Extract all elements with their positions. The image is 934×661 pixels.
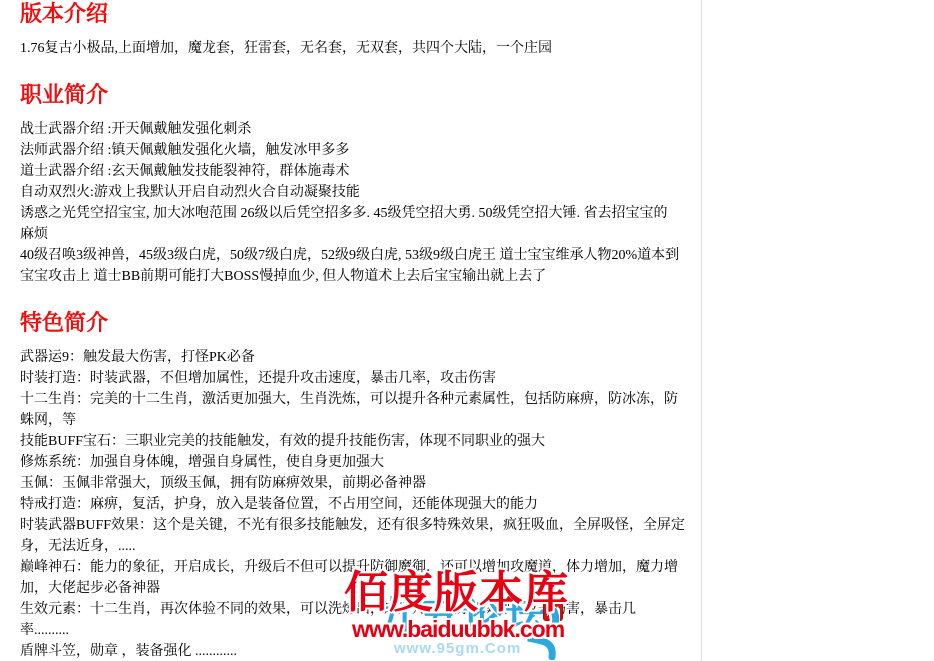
section-title: 职业简介 <box>20 83 700 107</box>
text-line: 时装武器BUFF效果：这个是关键，不光有很多技能触发，还有很多特殊效果，疯狂吸血… <box>20 515 700 536</box>
text-line: 时装打造：时装武器，不但增加属性，还提升攻击速度，暴击几率，攻击伤害 <box>20 368 700 389</box>
text-line: 盾牌斗笠，勋章 ，装备强化 ............ <box>20 641 700 661</box>
text-line: 40级召唤3级神兽，45级3级白虎，50级7级白虎，52级9级白虎, 53级9级… <box>20 245 700 266</box>
text-line: 蛛网，等 <box>20 410 700 431</box>
article-content: 版本介绍 1.76复古小极品,上面增加，魔龙套，狂雷套，无名套，无双套，共四个大… <box>20 0 700 661</box>
text-line: 特戒打造：麻痹，复活，护身，放入是装备位置，不占用空间，还能体现强大的能力 <box>20 494 700 515</box>
text-line: 1.76复古小极品,上面增加，魔龙套，狂雷套，无名套，无双套，共四个大陆，一个庄… <box>20 38 700 59</box>
text-line: 宝宝攻击上 道士BB前期可能打大BOSS慢掉血少, 但人物道术上去后宝宝输出就上… <box>20 266 700 287</box>
text-line: 战士武器介绍 :开天佩戴触发强化刺杀 <box>20 119 700 140</box>
text-line: 十二生肖：完美的十二生肖，激活更加强大，生肖洗炼，可以提升各种元素属性，包括防麻… <box>20 389 700 410</box>
text-line: 自动双烈火:游戏上我默认开启自动烈火合自动凝聚技能 <box>20 182 700 203</box>
text-line: 加，大佬起步必备神器 <box>20 578 700 599</box>
text-line: 麻烦 <box>20 224 700 245</box>
text-line: 玉佩：玉佩非常强大，顶级玉佩，拥有防麻痹效果，前期必备神器 <box>20 473 700 494</box>
text-line: 道士武器介绍 :玄天佩戴触发技能裂神符，群体施毒术 <box>20 161 700 182</box>
text-line: 法师武器介绍 :镇天佩戴触发强化火墙，触发冰甲多多 <box>20 140 700 161</box>
text-line: 生效元素：十二生肖，再次体验不同的效果，可以洗炼出，麻痹几率，防御魔御，攻击伤害… <box>20 599 700 620</box>
vertical-divider <box>701 0 702 661</box>
section-version-intro: 版本介绍 1.76复古小极品,上面增加，魔龙套，狂雷套，无名套，无双套，共四个大… <box>20 2 700 59</box>
text-line: 身，无法近身，..... <box>20 536 700 557</box>
text-line: 武器运9：触发最大伤害，打怪PK必备 <box>20 347 700 368</box>
text-line: 技能BUFF宝石：三职业完美的技能触发，有效的提升技能伤害，体现不同职业的强大 <box>20 431 700 452</box>
section-title: 特色简介 <box>20 311 700 335</box>
text-line: 诱惑之光凭空招宝宝, 加大冰咆范围 26级以后凭空招多多. 45级凭空招大勇. … <box>20 203 700 224</box>
section-class-intro: 职业简介 战士武器介绍 :开天佩戴触发强化刺杀 法师武器介绍 :镇天佩戴触发强化… <box>20 83 700 287</box>
text-line: 率.......... <box>20 620 700 641</box>
text-line: 修炼系统：加强自身体魄，增强自身属性，使自身更加强大 <box>20 452 700 473</box>
text-line: 巅峰神石：能力的象征，开启成长，升级后不但可以提升防御魔御，还可以增加攻魔道，体… <box>20 557 700 578</box>
section-features-intro: 特色简介 武器运9：触发最大伤害，打怪PK必备 时装打造：时装武器，不但增加属性… <box>20 311 700 661</box>
section-title: 版本介绍 <box>20 2 700 26</box>
